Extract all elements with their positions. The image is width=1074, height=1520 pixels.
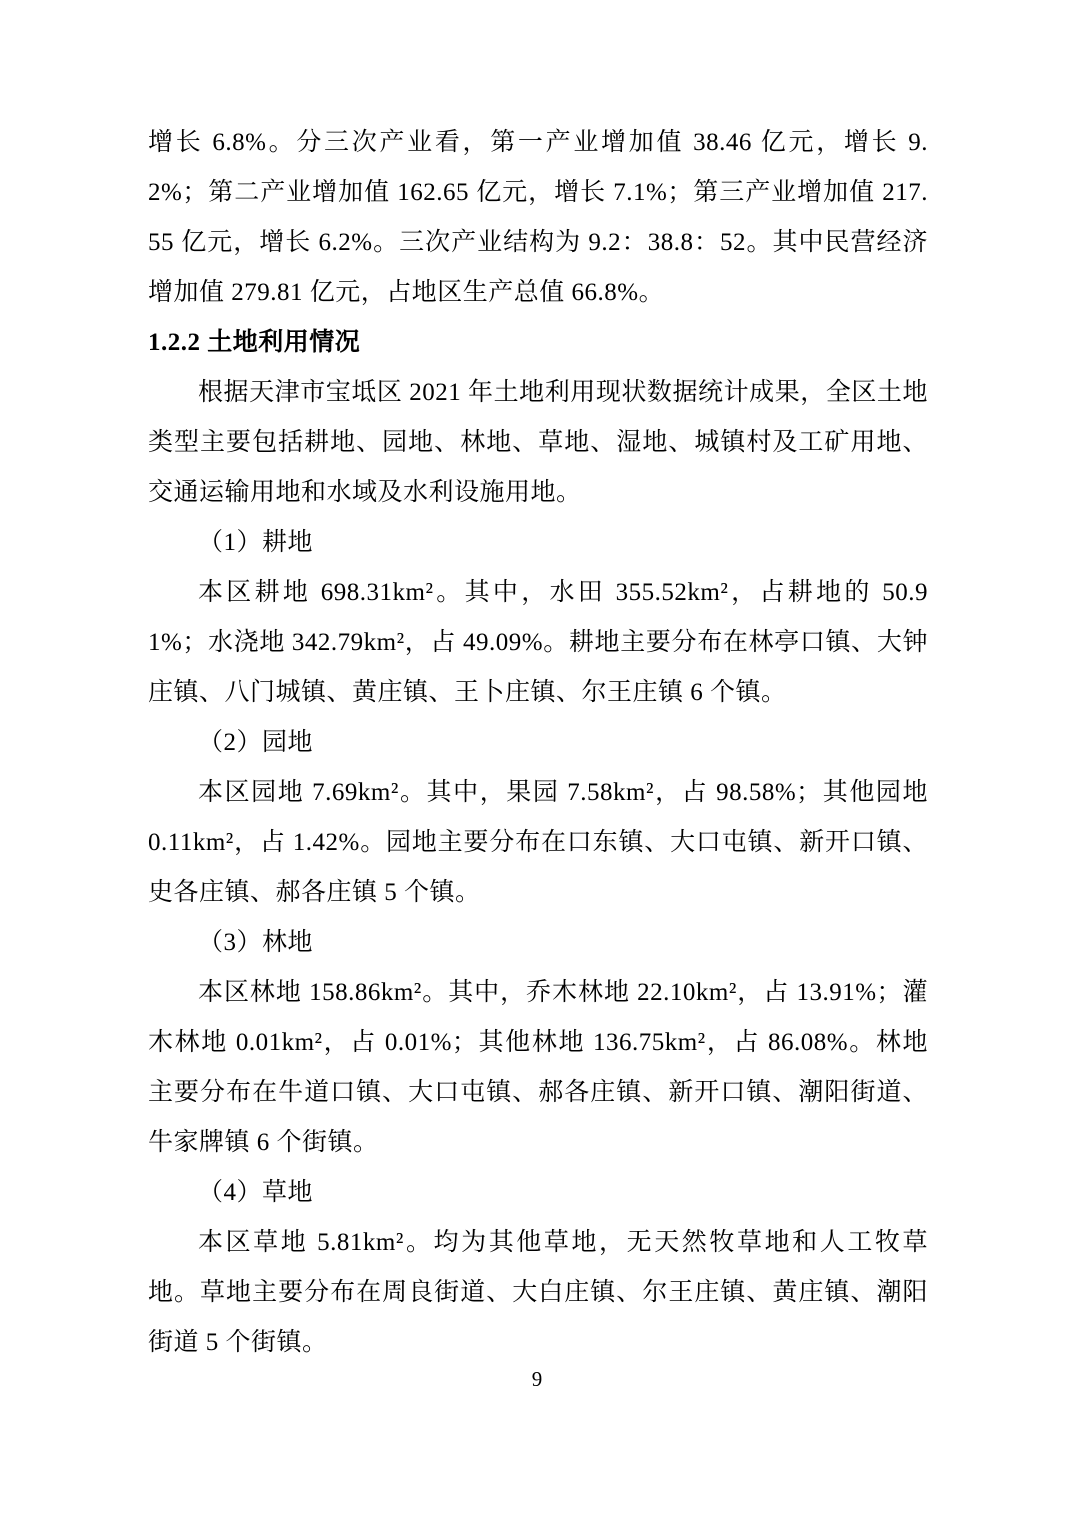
land-type-label-grassland: （4）草地 — [148, 1168, 928, 1218]
section-heading-land-use: 1.2.2 土地利用情况 — [148, 318, 928, 368]
land-type-body-forest: 本区林地 158.86km²。其中，乔木林地 22.10km²，占 13.91%… — [148, 968, 928, 1168]
page-number: 9 — [0, 1366, 1074, 1392]
land-type-body-garden: 本区园地 7.69km²。其中，果园 7.58km²，占 98.58%；其他园地… — [148, 768, 928, 918]
land-type-body-cultivated: 本区耕地 698.31km²。其中，水田 355.52km²，占耕地的 50.9… — [148, 568, 928, 718]
paragraph-land-overview: 根据天津市宝坻区 2021 年土地利用现状数据统计成果，全区土地类型主要包括耕地… — [148, 368, 928, 518]
document-page: 增长 6.8%。分三次产业看，第一产业增加值 38.46 亿元，增长 9.2%；… — [0, 0, 1074, 1520]
land-type-body-grassland: 本区草地 5.81km²。均为其他草地，无天然牧草地和人工牧草地。草地主要分布在… — [148, 1218, 928, 1368]
land-type-label-cultivated: （1）耕地 — [148, 518, 928, 568]
land-type-label-forest: （3）林地 — [148, 918, 928, 968]
paragraph-economy-continued: 增长 6.8%。分三次产业看，第一产业增加值 38.46 亿元，增长 9.2%；… — [148, 118, 928, 318]
land-type-label-garden: （2）园地 — [148, 718, 928, 768]
document-body: 增长 6.8%。分三次产业看，第一产业增加值 38.46 亿元，增长 9.2%；… — [148, 118, 928, 1368]
